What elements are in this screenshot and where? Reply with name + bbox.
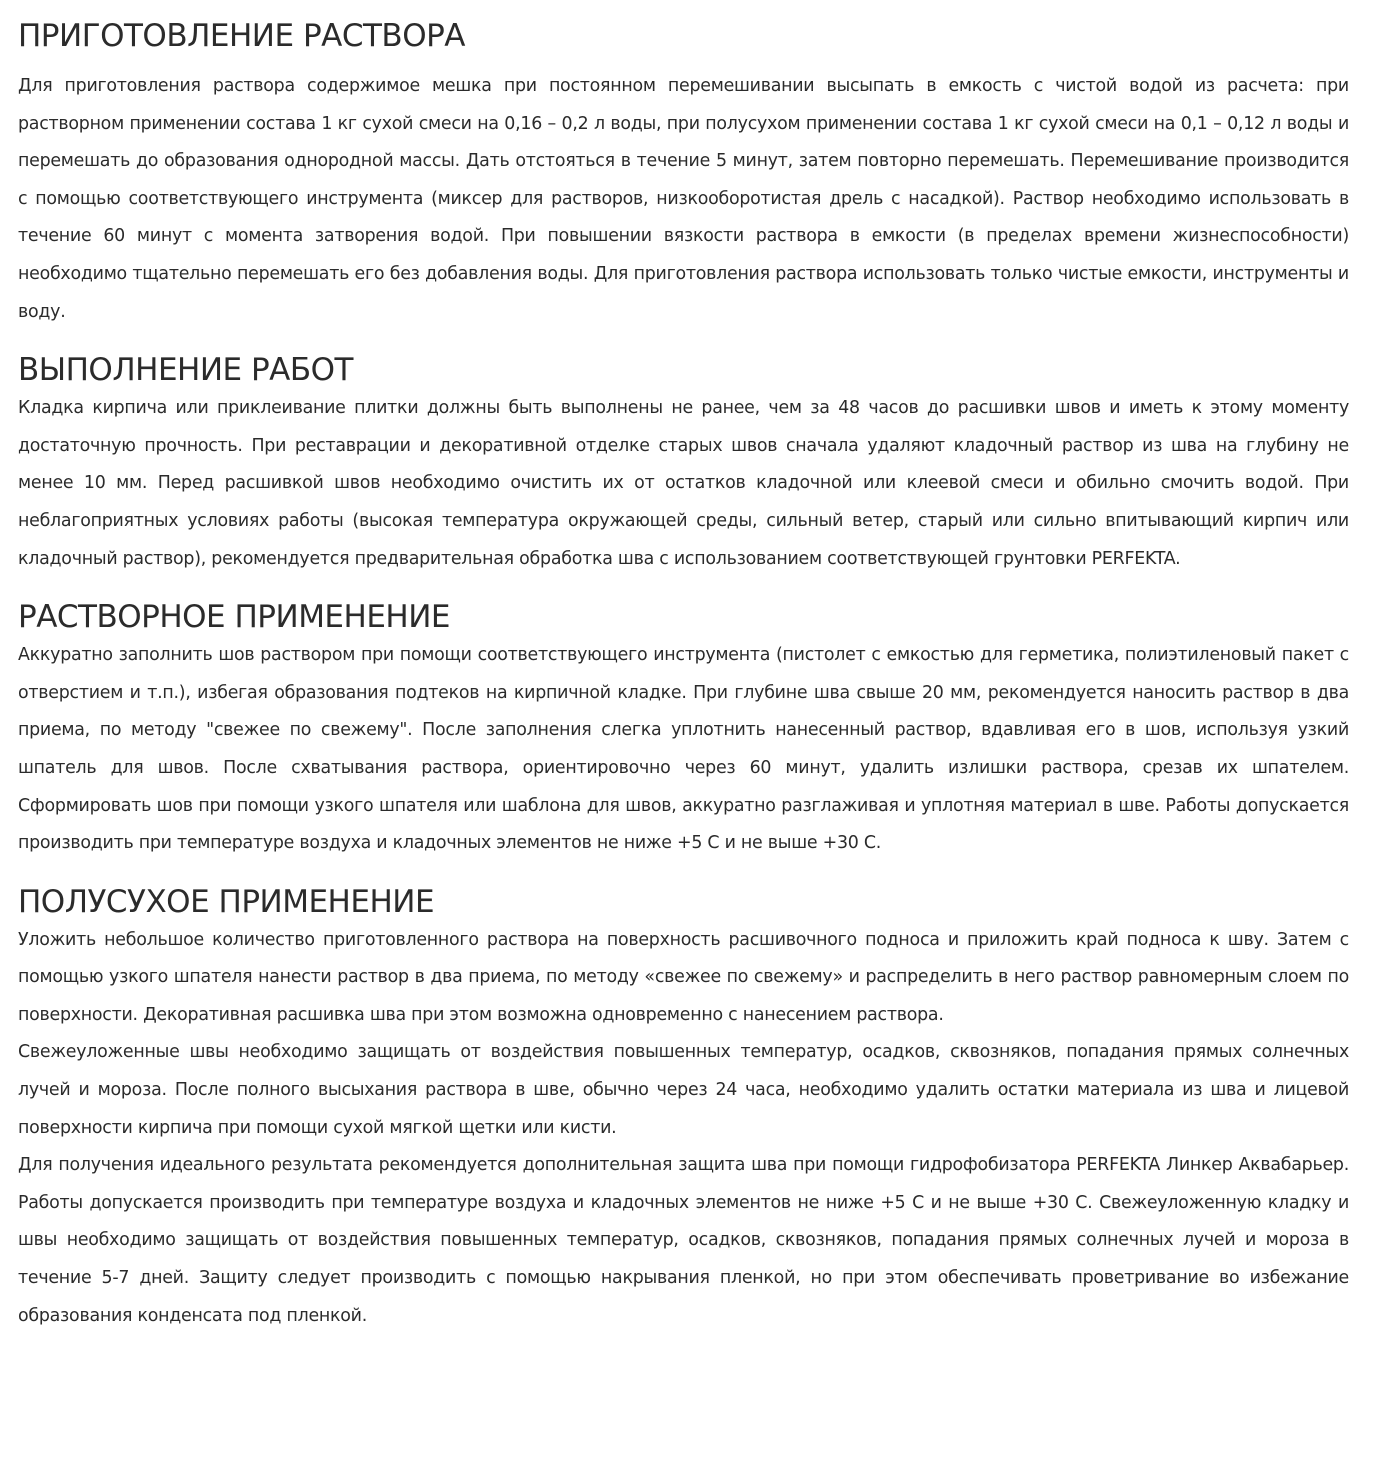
section-title: ВЫПОЛНЕНИЕ РАБОТ	[18, 350, 1349, 390]
section-paragraph: Для приготовления раствора содержимое ме…	[18, 68, 1349, 331]
section-paragraph: Свежеуложенные швы необходимо защищать о…	[18, 1034, 1349, 1147]
section-title: РАСТВОРНОЕ ПРИМЕНЕНИЕ	[18, 597, 1349, 637]
section-semidry-application: ПОЛУСУХОЕ ПРИМЕНЕНИЕ Уложить небольшое к…	[18, 882, 1349, 1336]
section-title: ПОЛУСУХОЕ ПРИМЕНЕНИЕ	[18, 882, 1349, 922]
article-content: ПРИГОТОВЛЕНИЕ РАСТВОРА Для приготовления…	[0, 0, 1380, 1335]
section-title: ПРИГОТОВЛЕНИЕ РАСТВОРА	[18, 0, 1349, 56]
section-paragraph: Уложить небольшое количество приготовлен…	[18, 922, 1349, 1035]
section-solution-preparation: ПРИГОТОВЛЕНИЕ РАСТВОРА Для приготовления…	[18, 0, 1349, 331]
section-mortar-application: РАСТВОРНОЕ ПРИМЕНЕНИЕ Аккуратно заполнит…	[18, 597, 1349, 863]
section-paragraph: Аккуратно заполнить шов раствором при по…	[18, 637, 1349, 863]
section-paragraph: Кладка кирпича или приклеивание плитки д…	[18, 390, 1349, 578]
section-paragraph: Для получения идеального результата реко…	[18, 1147, 1349, 1335]
section-work-execution: ВЫПОЛНЕНИЕ РАБОТ Кладка кирпича или прик…	[18, 350, 1349, 578]
